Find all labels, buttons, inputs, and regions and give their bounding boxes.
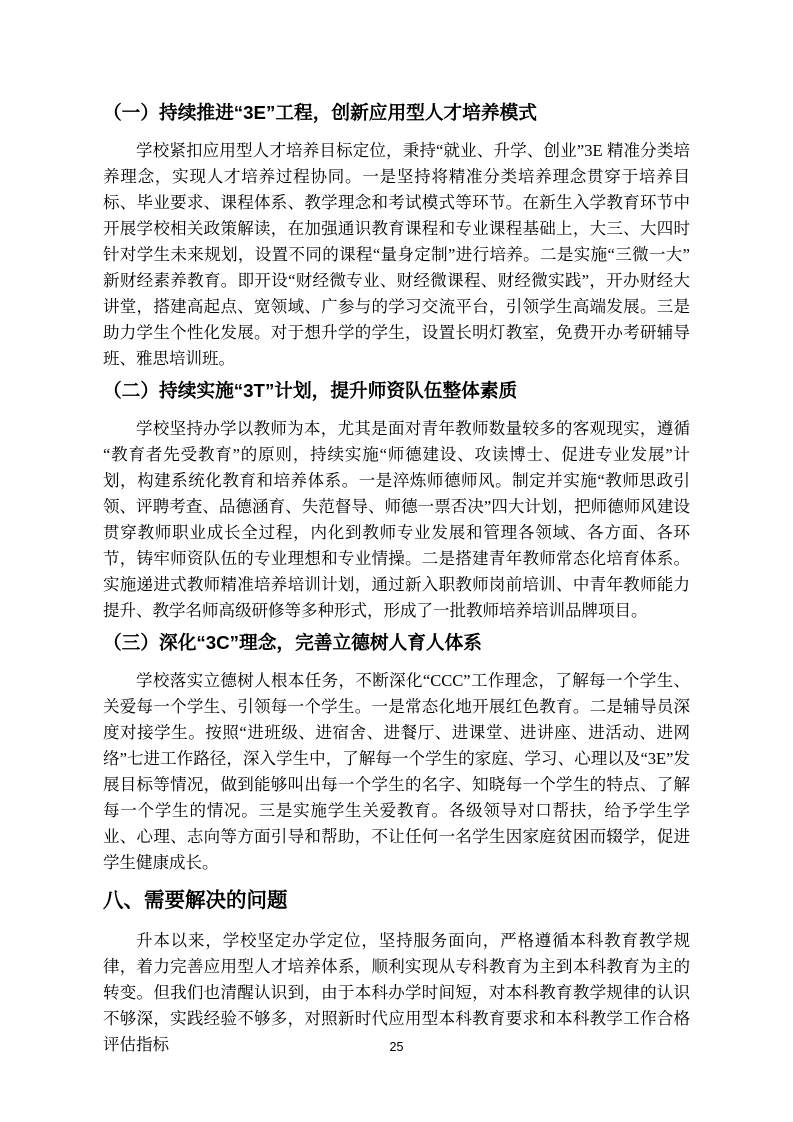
section-2: （二）持续实施“3T”计划，提升师资队伍整体素质 学校坚持办学以教师为本，尤其是… (103, 378, 690, 624)
section-4-heading: 八、需要解决的问题 (103, 886, 690, 916)
section-3-heading: （三）深化“3C”理念，完善立德树人育人体系 (103, 630, 690, 656)
section-4: 八、需要解决的问题 升本以来，学校坚定办学定位，坚持服务面向，严格遵循本科教育教… (103, 886, 690, 1058)
section-1: （一）持续推进“3E”工程，创新应用型人才培养模式 学校紧扣应用型人才培养目标定… (103, 100, 690, 372)
section-2-heading: （二）持续实施“3T”计划，提升师资队伍整体素质 (103, 378, 690, 404)
page-number: 25 (390, 1040, 404, 1054)
section-1-paragraph: 学校紧扣应用型人才培养目标定位，秉持“就业、升学、创业”3E 精准分类培养理念，… (103, 138, 690, 372)
section-3-paragraph: 学校落实立德树人根本任务，不断深化“CCC”工作理念，了解每一个学生、关爱每一个… (103, 668, 690, 876)
section-2-paragraph: 学校坚持办学以教师为本，尤其是面对青年教师数量较多的客观现实，遵循“教育者先受教… (103, 416, 690, 624)
section-1-heading: （一）持续推进“3E”工程，创新应用型人才培养模式 (103, 100, 690, 126)
section-3: （三）深化“3C”理念，完善立德树人育人体系 学校落实立德树人根本任务，不断深化… (103, 630, 690, 876)
page-footer: 25 (0, 1040, 793, 1054)
document-page: （一）持续推进“3E”工程，创新应用型人才培养模式 学校紧扣应用型人才培养目标定… (0, 0, 793, 1122)
section-4-paragraph: 升本以来，学校坚定办学定位，坚持服务面向，严格遵循本科教育教学规律，着力完善应用… (103, 928, 690, 1058)
